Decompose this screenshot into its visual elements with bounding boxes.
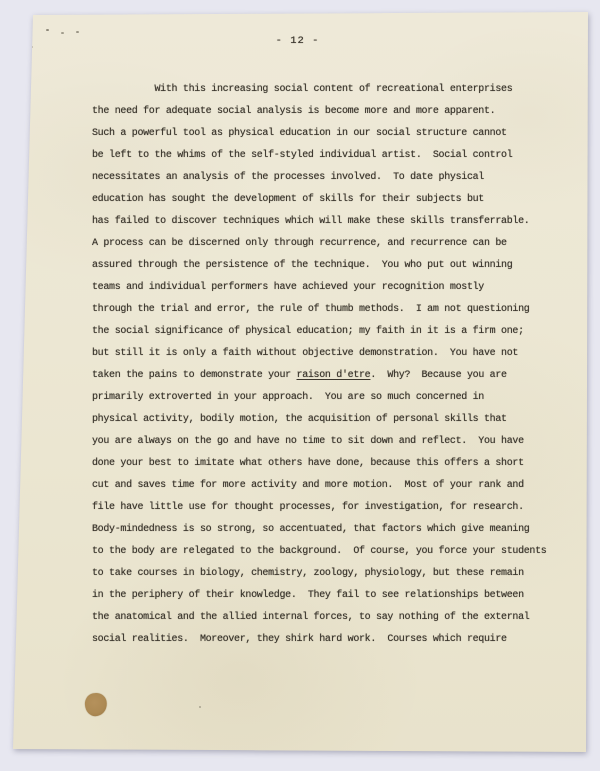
document-body: With this increasing social content of r… — [92, 79, 562, 651]
text-line: social realities. Moreover, they shirk h… — [92, 629, 562, 651]
text-line: assured through the persistence of the t… — [92, 255, 562, 277]
text-line: necessitates an analysis of the processe… — [92, 167, 562, 189]
underlined-phrase: raison d'etre — [297, 370, 371, 381]
text-line: A process can be discerned only through … — [92, 233, 562, 255]
ink-speck — [199, 706, 201, 708]
ink-speck — [46, 29, 49, 31]
scan-surface: - 12 - With this increasing social conte… — [0, 0, 600, 771]
text-line: With this increasing social content of r… — [92, 79, 562, 101]
text-line: you are always on the go and have no tim… — [92, 431, 562, 453]
text-line: primarily extroverted in your approach. … — [92, 387, 562, 409]
text-line: the need for adequate social analysis is… — [92, 101, 562, 123]
text-segment: taken the pains to demonstrate your — [92, 370, 297, 381]
ink-speck — [76, 31, 79, 33]
text-line: teams and individual performers have ach… — [92, 277, 562, 299]
text-line: file have little use for thought process… — [92, 497, 562, 519]
text-line: but still it is only a faith without obj… — [92, 343, 562, 365]
text-line: taken the pains to demonstrate your rais… — [92, 365, 562, 387]
text-line: has failed to discover techniques which … — [92, 211, 562, 233]
text-line: Body-mindedness is so strong, so accentu… — [92, 519, 562, 541]
text-segment: . Why? Because you are — [370, 370, 506, 381]
text-line: done your best to imitate what others ha… — [92, 453, 562, 475]
text-line: be left to the whims of the self-styled … — [92, 145, 562, 167]
text-line: through the trial and error, the rule of… — [92, 299, 562, 321]
text-line: to take courses in biology, chemistry, z… — [92, 563, 562, 585]
text-line: cut and saves time for more activity and… — [92, 475, 562, 497]
page-number: - 12 - — [0, 34, 595, 48]
text-line: the anatomical and the allied internal f… — [92, 607, 562, 629]
text-line: the social significance of physical educ… — [92, 321, 562, 343]
text-line: to the body are relegated to the backgro… — [92, 541, 562, 563]
text-line: in the periphery of their knowledge. The… — [92, 585, 562, 607]
text-line: education has sought the development of … — [92, 189, 562, 211]
text-line: physical activity, bodily motion, the ac… — [92, 409, 562, 431]
text-line: Such a powerful tool as physical educati… — [92, 123, 562, 145]
